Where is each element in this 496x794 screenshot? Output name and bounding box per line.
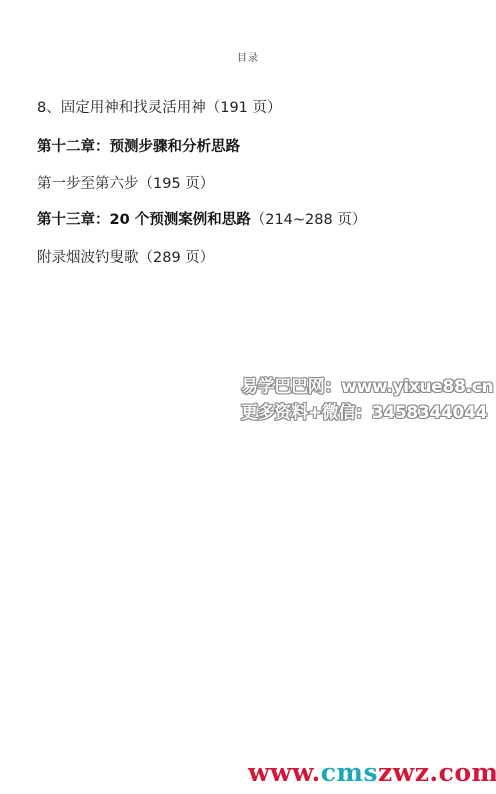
toc-entry-page: （195 页） — [139, 176, 215, 192]
toc-entry-title: 8、固定用神和找灵活用神 — [37, 100, 206, 116]
toc-entry-page: （289 页） — [139, 250, 215, 266]
toc-chapter-12: 第十二章：预测步骤和分析思路 — [37, 135, 240, 156]
footer-url-prefix: www. — [248, 758, 321, 787]
toc-entry-title: 第一步至第六步 — [37, 176, 139, 192]
toc-appendix: 附录烟波钓叟歌（289 页） — [37, 246, 214, 267]
watermark-site: 易学巴巴网：www.yixue88.cn — [241, 372, 493, 397]
toc-chapter-13: 第十三章：20 个预测案例和思路（214~288 页） — [37, 208, 366, 229]
toc-entry-page: （214~288 页） — [251, 212, 367, 228]
page-title: 目录 — [0, 49, 496, 64]
toc-entry-page: （191 页） — [206, 100, 282, 116]
toc-entry-fixed-useful-god: 8、固定用神和找灵活用神（191 页） — [37, 96, 282, 117]
footer-url-highlight: cms — [321, 758, 378, 787]
watermark-contact: 更多资料+微信：3458344044 — [241, 398, 487, 423]
toc-entry-title: 第十三章：20 个预测案例和思路 — [37, 212, 251, 228]
site-footer-url: www.cmszwz.com — [248, 758, 496, 787]
toc-entry-steps: 第一步至第六步（195 页） — [37, 172, 214, 193]
footer-url-suffix: zwz.com — [378, 758, 496, 787]
toc-entry-title: 附录烟波钓叟歌 — [37, 250, 139, 266]
toc-entry-title: 第十二章：预测步骤和分析思路 — [37, 139, 240, 155]
